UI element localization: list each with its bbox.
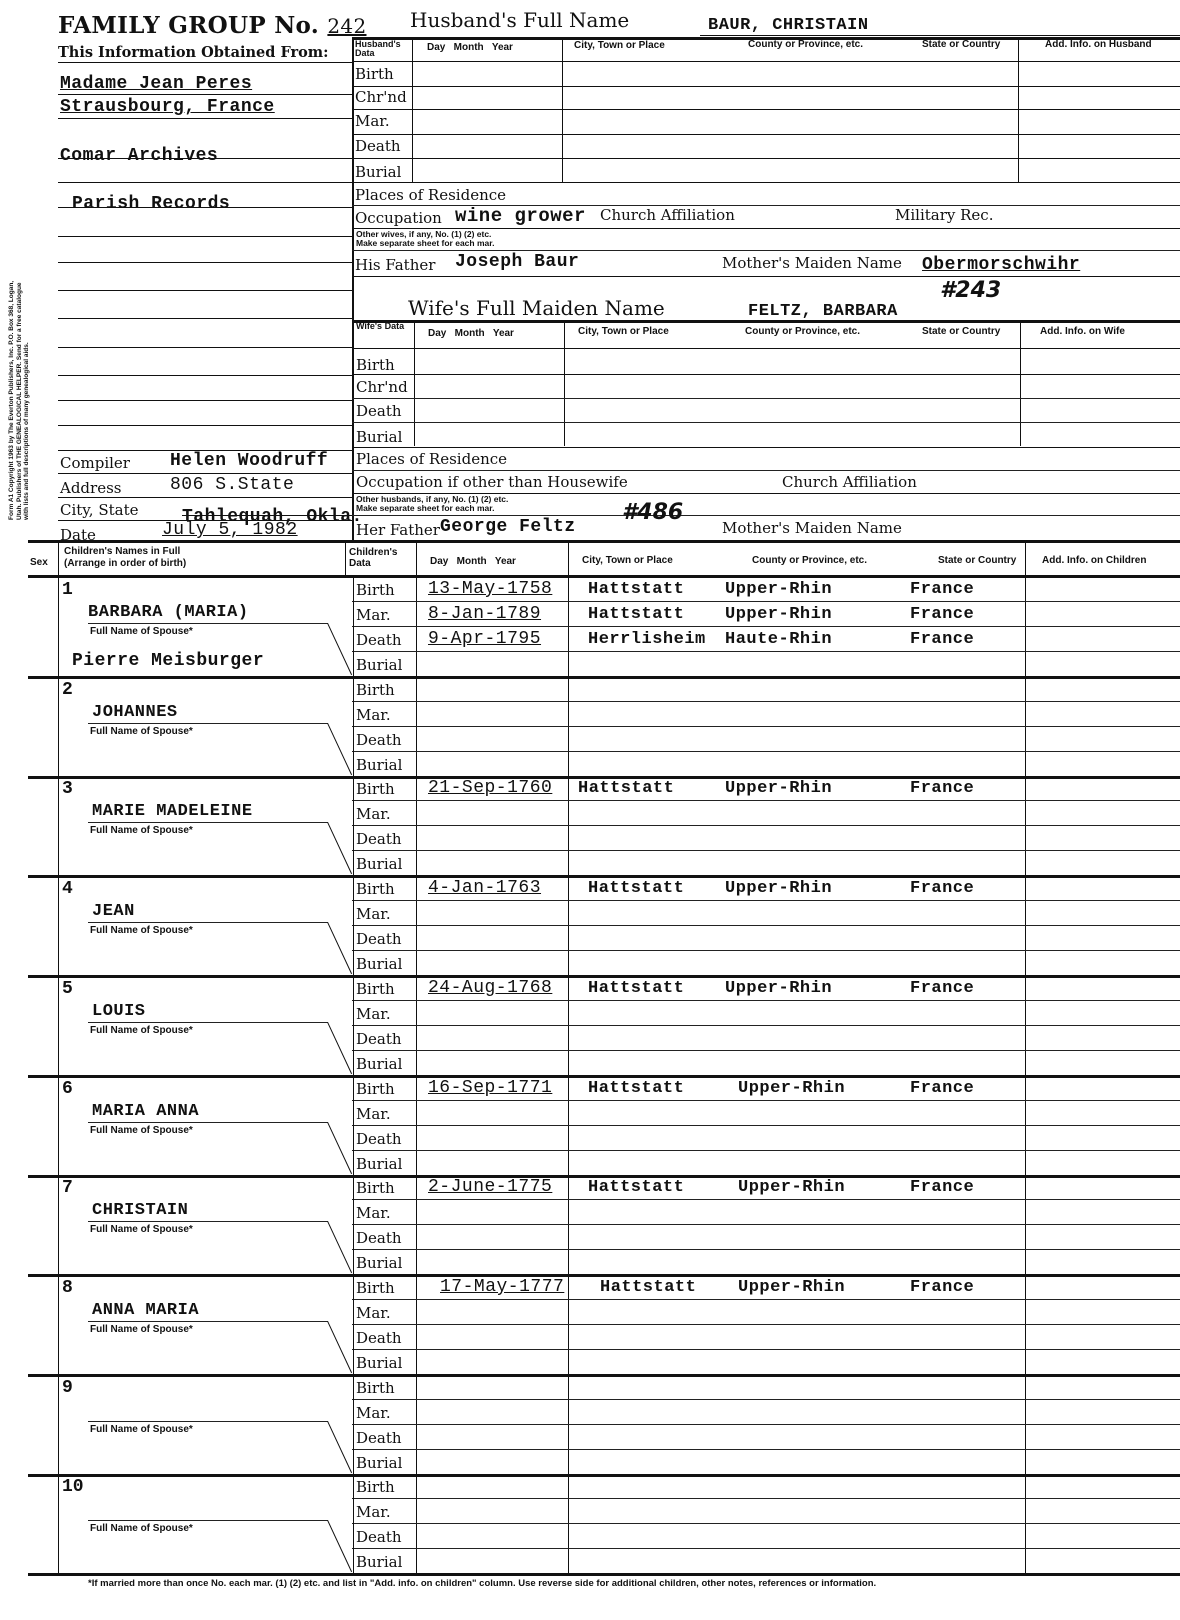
child-event-label: Birth [356, 1080, 395, 1098]
rule [352, 374, 1180, 375]
rule [352, 1449, 1180, 1450]
wife-birth-label: Birth [356, 356, 395, 374]
child-event-label: Birth [356, 1279, 395, 1297]
rule [352, 1324, 1180, 1325]
child-event-label: Burial [356, 1055, 402, 1073]
child-event-county: Upper-Rhin [725, 879, 832, 898]
spouse-label: Full Name of Spouse* [90, 1224, 193, 1235]
rule [352, 37, 354, 540]
rule [353, 1473, 354, 1573]
child-separator [28, 975, 1180, 978]
child-event-label: Mar. [356, 905, 391, 923]
rule [352, 1249, 1180, 1250]
husband-birth-label: Birth [355, 65, 394, 83]
child-name: CHRISTAIN [92, 1201, 188, 1220]
husband-marriage-label: Mar. [355, 112, 390, 130]
rule [352, 348, 1180, 349]
spouse-label: Full Name of Spouse* [90, 1324, 193, 1335]
child-name: MARIA ANNA [92, 1102, 199, 1121]
child-event-county: Upper-Rhin [725, 580, 832, 599]
rule [352, 470, 1180, 471]
rule [352, 701, 1180, 702]
husband-name-label: Husband's Full Name [410, 8, 629, 32]
child-event-date: 9-Apr-1795 [428, 629, 541, 649]
rule [28, 540, 1180, 543]
children-county-header: County or Province, etc. [752, 555, 867, 566]
husband-state-header: State or Country [922, 39, 1000, 50]
spouse-line [88, 1421, 328, 1422]
husband-church-label: Church Affiliation [600, 206, 735, 224]
rule [352, 900, 1180, 901]
child-event-city: Hattstatt [588, 1178, 684, 1197]
child-event-label: Mar. [356, 1204, 391, 1222]
spouse-bracket [327, 623, 352, 675]
child-event-date: 17-May-1777 [440, 1277, 564, 1297]
child-event-label: Birth [356, 581, 395, 599]
child-event-label: Burial [356, 1354, 402, 1372]
child-event-city: Hattstatt [588, 1079, 684, 1098]
child-event-city: Hattstatt [578, 779, 674, 798]
rule [352, 925, 1180, 926]
rule [353, 875, 354, 975]
child-event-label: Mar. [356, 1005, 391, 1023]
child-event-label: Death [356, 1329, 402, 1347]
family-group-number: 242 [327, 14, 366, 38]
children-city-header: City, Town or Place [582, 555, 673, 566]
form-title-label: FAMILY GROUP No. [58, 12, 319, 39]
spouse-line [88, 1321, 328, 1322]
child-number: 5 [62, 979, 73, 999]
child-event-county: Upper-Rhin [725, 979, 832, 998]
spouse-line [88, 1122, 328, 1123]
child-event-label: Birth [356, 780, 395, 798]
copyright-text: Form A1 Copyright 1963 by The Everton Pu… [8, 270, 31, 520]
compiler-label: Compiler [60, 454, 130, 472]
rule [58, 473, 352, 474]
rule [58, 400, 352, 401]
city-state-label: City, State [60, 501, 138, 519]
wife-burial-label: Burial [356, 428, 402, 446]
rule [352, 850, 1180, 851]
child-event-county: Upper-Rhin [738, 1079, 845, 1098]
child-event-state: France [910, 979, 974, 998]
spouse-line [88, 723, 328, 724]
child-number: 3 [62, 779, 73, 799]
husband-occupation-label: Occupation [355, 209, 442, 227]
husband-name-value: BAUR, CHRISTAIN [708, 16, 869, 35]
rule [345, 540, 346, 575]
wife-name-value: FELTZ, BARBARA [748, 302, 898, 321]
child-event-label: Mar. [356, 606, 391, 624]
rule [1020, 320, 1021, 446]
rule [352, 422, 1180, 423]
rule [352, 1399, 1180, 1400]
rule [58, 236, 352, 237]
source-line-4: Comar Archives [60, 146, 218, 166]
spouse-bracket [327, 723, 352, 775]
rule [58, 375, 352, 376]
rule [352, 1125, 1180, 1126]
wife-church-label: Church Affiliation [782, 473, 917, 491]
her-father-label: Her Father [356, 521, 440, 539]
child-event-label: Burial [356, 855, 402, 873]
spouse-bracket [327, 1421, 352, 1473]
rule [353, 975, 354, 1075]
rule [58, 158, 352, 159]
child-event-state: France [910, 1079, 974, 1098]
rule [352, 398, 1180, 399]
source-line-1: Madame Jean Peres [60, 74, 252, 94]
rule [352, 1498, 1180, 1499]
compiler-value: Helen Woodruff [170, 451, 328, 471]
child-event-label: Birth [356, 880, 395, 898]
rule [352, 1000, 1180, 1001]
rule [353, 676, 354, 776]
wife-data-header: Wife's Data [356, 322, 406, 331]
spouse-label: Full Name of Spouse* [90, 1125, 193, 1136]
wife-death-label: Death [356, 402, 402, 420]
child-separator [28, 1474, 1180, 1477]
rule [352, 726, 1180, 727]
child-event-label: Death [356, 1229, 402, 1247]
her-father-ref: #486 [622, 500, 683, 525]
rule [352, 1050, 1180, 1051]
rule [353, 1075, 354, 1175]
child-event-city: Hattstatt [600, 1278, 696, 1297]
rule [414, 320, 415, 446]
children-state-header: State or Country [938, 555, 1016, 566]
child-event-label: Death [356, 1429, 402, 1447]
child-name: MARIE MADELEINE [92, 802, 253, 821]
rule [352, 320, 1180, 323]
rule [416, 540, 417, 1573]
child-event-date: 16-Sep-1771 [428, 1078, 552, 1098]
rule [352, 1224, 1180, 1225]
child-event-label: Mar. [356, 1105, 391, 1123]
child-event-date: 24-Aug-1768 [428, 978, 552, 998]
child-event-label: Mar. [356, 706, 391, 724]
source-line-6: Parish Records [72, 194, 230, 214]
child-number: 9 [62, 1378, 73, 1398]
wife-residence-label: Places of Residence [356, 450, 507, 468]
child-separator [28, 1374, 1180, 1377]
child-name: JOHANNES [92, 703, 178, 722]
copyright-notice: Form A1 Copyright 1963 by The Everton Pu… [8, 270, 48, 520]
rule [352, 800, 1180, 801]
spouse-line [88, 623, 328, 624]
rule [352, 1299, 1180, 1300]
his-father-label: His Father [355, 256, 435, 274]
child-event-date: 2-June-1775 [428, 1177, 552, 1197]
rule [353, 576, 354, 676]
footnote: *If married more than once No. each mar.… [88, 1578, 876, 1589]
spouse-line [88, 1022, 328, 1023]
child-number: 1 [62, 580, 73, 600]
rule [564, 320, 565, 446]
wife-city-header: City, Town or Place [578, 326, 669, 337]
child-separator [28, 1274, 1180, 1277]
other-husbands-line-2: Make separate sheet for each mar. [356, 504, 508, 513]
husband-mother-label: Mother's Maiden Name [722, 254, 902, 272]
sex-header: Sex [30, 557, 48, 568]
source-line-2: Strausbourg, France [60, 97, 275, 117]
wife-occupation-label: Occupation if other than Housewife [356, 473, 628, 491]
spouse-bracket [327, 1122, 352, 1174]
rule [28, 1573, 1180, 1576]
spouse-line [88, 822, 328, 823]
child-event-label: Burial [356, 955, 402, 973]
rule [58, 182, 352, 183]
spouse-line [88, 1520, 328, 1521]
rule [352, 61, 1180, 62]
spouse-bracket [327, 1022, 352, 1074]
wife-family-ref: #243 [940, 278, 1001, 303]
child-number: 7 [62, 1178, 73, 1198]
rule [58, 290, 352, 291]
rule [58, 540, 59, 1573]
wife-addinfo-header: Add. Info. on Wife [1040, 326, 1125, 337]
child-number: 4 [62, 879, 73, 899]
wife-christened-label: Chr'nd [356, 378, 408, 396]
husband-christened-label: Chr'nd [355, 88, 407, 106]
rule [352, 86, 1180, 87]
child-event-label: Death [356, 830, 402, 848]
children-addinfo-header: Add. Info. on Children [1042, 555, 1146, 566]
child-event-label: Death [356, 930, 402, 948]
rule [352, 626, 1180, 627]
child-event-label: Burial [356, 1254, 402, 1272]
child-event-label: Death [356, 1030, 402, 1048]
child-event-county: Upper-Rhin [725, 605, 832, 624]
rule [352, 447, 1180, 448]
children-names-header-line-1: Children's Names in Full [64, 546, 186, 558]
child-event-label: Death [356, 631, 402, 649]
wife-state-header: State or Country [922, 326, 1000, 337]
rule [58, 425, 352, 426]
rule [352, 1150, 1180, 1151]
child-event-city: Hattstatt [588, 605, 684, 624]
child-event-county: Upper-Rhin [738, 1278, 845, 1297]
child-event-date: 4-Jan-1763 [428, 878, 541, 898]
spouse-label: Full Name of Spouse* [90, 726, 193, 737]
husband-death-label: Death [355, 137, 401, 155]
spouse-label: Full Name of Spouse* [90, 1025, 193, 1036]
spouse-bracket [327, 1520, 352, 1572]
child-number: 2 [62, 680, 73, 700]
child-separator [28, 676, 1180, 679]
her-father-value: George Feltz [440, 517, 576, 537]
his-father-value: Joseph Baur [455, 252, 579, 272]
wife-name-label: Wife's Full Maiden Name [408, 296, 665, 320]
spouse-label: Full Name of Spouse* [90, 925, 193, 936]
child-event-label: Burial [356, 1553, 402, 1571]
rule [352, 1548, 1180, 1549]
spouse-bracket [327, 1221, 352, 1273]
rule [58, 118, 352, 119]
child-event-label: Mar. [356, 1503, 391, 1521]
rule [58, 94, 352, 95]
children-names-header-line-2: (Arrange in order of birth) [64, 558, 186, 570]
rule [58, 207, 352, 208]
spouse-line [88, 922, 328, 923]
date-value: July 5, 1982 [162, 520, 298, 540]
child-event-label: Burial [356, 756, 402, 774]
child-event-state: France [910, 879, 974, 898]
child-event-label: Birth [356, 1478, 395, 1496]
rule [1025, 540, 1026, 1573]
child-event-city: Hattstatt [588, 580, 684, 599]
child-event-county: Haute-Rhin [725, 630, 832, 649]
child-separator [28, 1075, 1180, 1078]
spouse-name: Pierre Meisburger [72, 651, 264, 671]
rule [352, 751, 1180, 752]
rule [352, 651, 1180, 652]
info-obtained-label: This Information Obtained From: [58, 44, 329, 61]
husband-city-header: City, Town or Place [574, 40, 665, 51]
child-number: 8 [62, 1278, 73, 1298]
wife-date-header: Day Month Year [428, 328, 514, 339]
child-event-label: Mar. [356, 1404, 391, 1422]
children-data-header: Children's Data [349, 547, 409, 569]
other-wives-line-2: Make separate sheet for each mar. [356, 239, 494, 248]
rule [353, 1174, 354, 1274]
address-label: Address [60, 479, 121, 497]
child-event-county: Upper-Rhin [725, 779, 832, 798]
child-event-label: Burial [356, 1155, 402, 1173]
rule [352, 515, 1180, 516]
rule [352, 1349, 1180, 1350]
child-event-label: Birth [356, 1179, 395, 1197]
rule [352, 1199, 1180, 1200]
rule [352, 825, 1180, 826]
other-wives-note: Other wives, if any, No. (1) (2) etc. Ma… [356, 230, 494, 247]
spouse-label: Full Name of Spouse* [90, 1523, 193, 1534]
husband-date-header: Day Month Year [427, 42, 513, 53]
child-event-date: 8-Jan-1789 [428, 604, 541, 624]
rule [352, 1025, 1180, 1026]
child-event-county: Upper-Rhin [738, 1178, 845, 1197]
child-event-label: Death [356, 1528, 402, 1546]
spouse-line [88, 1221, 328, 1222]
husband-name-underline [700, 35, 1180, 36]
husband-county-header: County or Province, etc. [748, 39, 863, 50]
rule [353, 1374, 354, 1474]
child-event-state: France [910, 1178, 974, 1197]
wife-mother-label: Mother's Maiden Name [722, 519, 902, 537]
rule [352, 182, 1180, 183]
other-husbands-note: Other husbands, if any, No. (1) (2) etc.… [356, 495, 508, 512]
rule [352, 1424, 1180, 1425]
child-event-state: France [910, 1278, 974, 1297]
child-separator [28, 875, 1180, 878]
rule [352, 1523, 1180, 1524]
child-event-label: Birth [356, 681, 395, 699]
child-event-label: Mar. [356, 805, 391, 823]
child-name: ANNA MARIA [92, 1301, 199, 1320]
husband-data-header: Husband's Data [355, 40, 410, 58]
spouse-label: Full Name of Spouse* [90, 825, 193, 836]
form-title: FAMILY GROUP No. 242 [58, 12, 366, 39]
child-event-date: 21-Sep-1760 [428, 778, 552, 798]
children-date-header: Day Month Year [430, 556, 516, 567]
child-number: 6 [62, 1079, 73, 1099]
husband-residence-label: Places of Residence [355, 186, 506, 204]
rule [28, 575, 1180, 578]
spouse-label: Full Name of Spouse* [90, 626, 193, 637]
rule [352, 158, 1180, 159]
child-event-city: Herrlisheim [588, 630, 706, 649]
child-event-label: Death [356, 731, 402, 749]
child-event-state: France [910, 605, 974, 624]
child-event-label: Burial [356, 1454, 402, 1472]
child-event-city: Hattstatt [588, 979, 684, 998]
rule [352, 276, 1180, 277]
rule [58, 497, 352, 498]
child-event-label: Birth [356, 980, 395, 998]
spouse-bracket [327, 1321, 352, 1373]
child-event-state: France [910, 630, 974, 649]
spouse-bracket [327, 922, 352, 974]
rule [352, 1100, 1180, 1101]
child-name: JEAN [92, 902, 135, 921]
husband-military-label: Military Rec. [895, 206, 993, 224]
rule [353, 775, 354, 875]
wife-county-header: County or Province, etc. [745, 326, 860, 337]
rule [58, 318, 352, 319]
rule [352, 601, 1180, 602]
rule [352, 250, 1180, 251]
child-event-date: 13-May-1758 [428, 579, 552, 599]
spouse-label: Full Name of Spouse* [90, 1424, 193, 1435]
rule [568, 540, 569, 1573]
rule [58, 62, 352, 63]
rule [353, 1274, 354, 1374]
rule [352, 134, 1180, 135]
child-event-state: France [910, 580, 974, 599]
child-event-label: Birth [356, 1379, 395, 1397]
child-event-label: Death [356, 1130, 402, 1148]
child-event-city: Hattstatt [588, 879, 684, 898]
rule [352, 109, 1180, 110]
child-name: BARBARA (MARIA) [88, 603, 249, 622]
spouse-bracket [327, 822, 352, 874]
husband-addinfo-header: Add. Info. on Husband [1045, 39, 1152, 50]
rule [58, 347, 352, 348]
rule [352, 950, 1180, 951]
husband-occupation-value: wine grower [455, 205, 586, 227]
children-names-header: Children's Names in Full (Arrange in ord… [64, 546, 186, 570]
child-name: LOUIS [92, 1002, 146, 1021]
child-number: 10 [62, 1477, 84, 1497]
rule [58, 262, 352, 263]
child-event-label: Mar. [356, 1304, 391, 1322]
address-value: 806 S.State [170, 475, 294, 495]
husband-burial-label: Burial [355, 163, 401, 181]
child-event-state: France [910, 779, 974, 798]
child-event-label: Burial [356, 656, 402, 674]
husband-mother-value: Obermorschwihr [922, 255, 1080, 275]
